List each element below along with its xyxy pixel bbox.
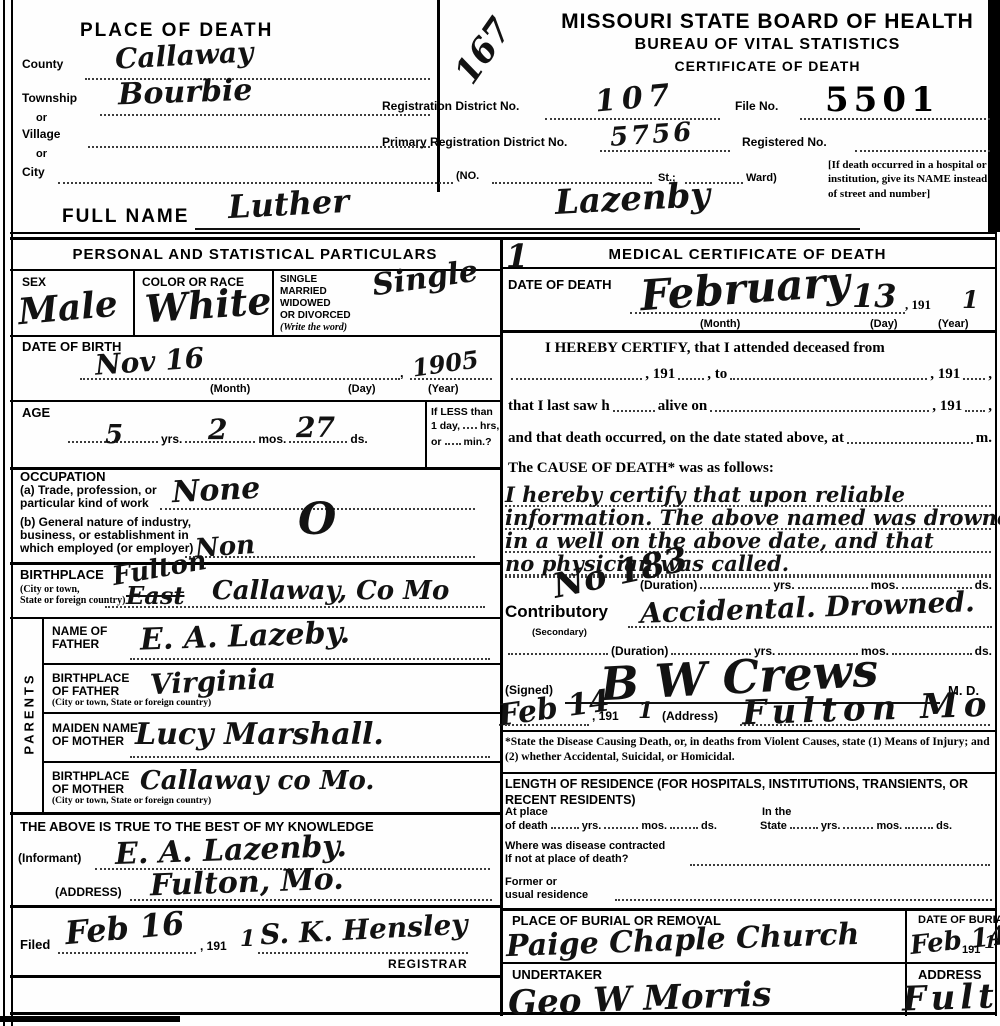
or-label-2: or: [36, 148, 47, 161]
dod-day-caption: (Day): [870, 318, 898, 331]
contributory-label: Contributory: [505, 602, 608, 622]
informant-address-value: Fulton, Mo.: [150, 865, 345, 902]
divider: [437, 0, 440, 192]
cause-ruled-line: I hereby certify that upon reliable: [505, 482, 991, 507]
age-months-value: 2: [208, 416, 227, 444]
parents-side-label: PARENTS: [22, 672, 37, 754]
reg-district-value: 107: [594, 81, 677, 118]
signed-year-printed: , 191: [592, 710, 619, 724]
org-bureau: BUREAU OF VITAL STATISTICS: [540, 36, 995, 54]
blank-191-b: , 191: [930, 366, 960, 383]
undertaker-address-value: Fulton: [901, 977, 1000, 1016]
mother-birthplace-value: Callaway co Mo.: [140, 768, 374, 794]
in-state-ds: ds.: [936, 820, 952, 832]
marital-note: (Write the word): [280, 322, 347, 334]
date-of-death-year-printed: , 191: [905, 298, 931, 313]
mother-name-label2: OF MOTHER: [52, 735, 124, 749]
filed-label: Filed: [20, 938, 50, 953]
duration-yrs-1: yrs.: [773, 578, 794, 592]
at-place-yrs: yrs.: [582, 820, 602, 832]
full-name-last: Lazenby: [554, 178, 711, 220]
divider: [42, 617, 44, 812]
date-of-death-label: DATE OF DEATH: [508, 278, 612, 293]
contracted-line: [690, 864, 990, 866]
duration-ds-2: ds.: [975, 644, 992, 658]
marital-label-line1: SINGLE: [280, 274, 317, 286]
duration-label-1: (Duration): [640, 578, 697, 592]
divider: [500, 772, 995, 774]
marital-value: Single: [370, 257, 479, 302]
birthplace-note1: (City or town,: [20, 584, 80, 596]
to-label: , to: [707, 366, 727, 383]
county-label: County: [22, 58, 63, 72]
in-state-label1: In the: [762, 806, 791, 819]
burial-year-hand: 1: [984, 934, 997, 952]
in-state-yrs: yrs.: [821, 820, 841, 832]
hospital-note: [If death occurred in a hospital or inst…: [828, 158, 988, 201]
dob-comma: ,: [400, 366, 404, 381]
filed-date-value: Feb 16: [64, 907, 186, 949]
divider: [133, 269, 135, 335]
city-label: City: [22, 166, 45, 180]
reg-district-label: Registration District No.: [382, 100, 519, 114]
dod-month-caption: (Month): [700, 318, 740, 331]
mother-name-value: Lucy Marshall.: [135, 720, 384, 750]
township-label: Township: [22, 92, 77, 106]
filed-date-line: [58, 952, 196, 954]
signed-address-value: Fulton Mo: [741, 688, 992, 731]
registered-no-line: [855, 150, 990, 152]
divider: [11, 0, 13, 1026]
cause-line3: in a well on the above date, and that: [505, 530, 991, 551]
registrar-signature: S. K. Hensley: [259, 911, 468, 950]
last-saw-pre: that I last saw h: [508, 398, 610, 415]
age-box-or: or: [431, 436, 442, 448]
comma-b: ,: [988, 398, 992, 415]
filed-year-hand: 1: [240, 928, 255, 950]
filed-year-printed: , 191: [200, 940, 227, 954]
divider: [10, 905, 500, 908]
age-label: AGE: [22, 406, 50, 421]
registrar-sig-line: [258, 952, 468, 954]
dob-value: Nov 16: [94, 344, 205, 380]
county-value: Callaway: [114, 38, 254, 73]
father-birthplace-value: Virginia: [149, 665, 276, 700]
informant-address-label: (ADDRESS): [55, 886, 122, 900]
contracted-label1: Where was disease contracted: [505, 840, 665, 853]
birthplace-label: BIRTHPLACE: [20, 568, 104, 583]
medical-section-title: MEDICAL CERTIFICATE OF DEATH: [500, 246, 995, 263]
divider: [10, 812, 500, 815]
in-state-label2: State: [760, 820, 787, 832]
death-certificate-document: PLACE OF DEATH County Callaway Township …: [0, 0, 1000, 1026]
divider: [10, 562, 500, 565]
reg-district-line: [545, 118, 720, 120]
divider: [42, 761, 500, 763]
corner-number: 167: [449, 12, 518, 90]
father-name-value: E. A. Lazeby.: [140, 618, 351, 655]
divider: [500, 330, 995, 333]
date-of-death-month: February: [639, 261, 851, 318]
contributory-value: Accidental. Drowned.: [640, 588, 976, 628]
in-state-mos: mos.: [876, 820, 902, 832]
former-line: [615, 899, 992, 901]
cause-heading: The CAUSE OF DEATH* was as follows:: [508, 460, 774, 477]
occupation-b-mark: O: [298, 498, 336, 542]
age-box-min: min.?: [464, 436, 492, 448]
township-value: Bourbie: [118, 76, 253, 111]
age-years-value: 5: [105, 422, 123, 448]
divider: [988, 0, 1000, 232]
death-occurred-text: and that death occurred, on the date sta…: [508, 430, 844, 447]
full-name-line: [195, 228, 860, 230]
village-line: [88, 146, 430, 148]
blank-191-a: , 191: [645, 366, 675, 383]
divider: [500, 962, 995, 964]
township-line: [100, 114, 430, 116]
cause-ruled-line: information. The above named was drowned: [505, 505, 991, 530]
divider: [425, 400, 427, 467]
divider: [995, 232, 997, 1016]
divider: [500, 908, 995, 911]
divider: [10, 335, 500, 337]
certify-line1: I HEREBY CERTIFY, that I attended deceas…: [545, 340, 885, 357]
divider: [10, 1012, 995, 1015]
marital-label-line3: WIDOWED: [280, 298, 331, 310]
cause-line1: I hereby certify that upon reliable: [505, 484, 991, 505]
city-line: [58, 182, 453, 184]
age-mos-label: mos.: [258, 432, 286, 446]
former-label1: Former or: [505, 876, 557, 889]
org-cert-title: CERTIFICATE OF DEATH: [540, 58, 995, 74]
occupation-a-line2: particular kind of work: [20, 497, 149, 511]
or-label-1: or: [36, 112, 47, 125]
father-birthplace-note: (City or town, State or foreign country): [52, 698, 211, 709]
age-box-line1: If LESS than: [431, 406, 493, 418]
cause-footnote: *State the Disease Causing Death, or, in…: [505, 735, 991, 765]
org-name: MISSOURI STATE BOARD OF HEALTH: [540, 10, 995, 34]
mother-name-line: [130, 756, 490, 758]
registered-no-label: Registered No.: [742, 136, 827, 150]
duration-ds-1: ds.: [975, 578, 992, 592]
sex-label: SEX: [22, 276, 46, 290]
blank-191-c: , 191: [932, 398, 962, 415]
cause-ruled-line: in a well on the above date, and that: [505, 528, 991, 553]
divider: [42, 712, 500, 714]
birthplace-struck-value: East: [126, 584, 184, 608]
last-saw-post: alive on: [658, 398, 708, 415]
mother-birthplace-note: (City or town, State or foreign country): [52, 796, 211, 807]
divider: [272, 269, 274, 335]
ward-label: Ward): [746, 172, 777, 185]
dob-year-value: 1905: [411, 347, 480, 380]
in-state-row: State yrs. mos. ds.: [760, 820, 992, 832]
full-name-label: FULL NAME: [62, 206, 189, 228]
burial-year-printed: 191: [962, 944, 980, 957]
age-ds-label: ds.: [350, 432, 367, 446]
street-no-label: (NO.: [456, 170, 479, 183]
cause-line2: information. The above named was drowned: [505, 507, 991, 528]
stray-mark: 1: [506, 240, 528, 272]
secondary-label: (Secondary): [532, 628, 587, 639]
dob-year-caption: (Year): [428, 383, 459, 396]
age-box-line3: or min.?: [431, 436, 495, 448]
divider: [500, 237, 503, 1016]
primary-reg-label: Primary Registration District No.: [382, 136, 567, 150]
at-place-label2: of death: [505, 820, 548, 832]
age-box-1day: 1 day,: [431, 420, 460, 432]
marital-label-line2: MARRIED: [280, 286, 327, 298]
age-box-hrs: hrs,: [480, 420, 499, 432]
date-of-death-year-hand: 1: [962, 288, 979, 312]
m-label: m.: [976, 430, 992, 447]
village-label: Village: [22, 128, 60, 142]
birthplace-note2: State or foreign country): [20, 595, 125, 607]
registrar-label: REGISTRAR: [388, 958, 468, 972]
age-yrs-label: yrs.: [161, 432, 182, 446]
residence-title: LENGTH OF RESIDENCE (FOR HOSPITALS, INST…: [505, 777, 991, 808]
divider: [3, 0, 5, 1026]
at-place-ds: ds.: [701, 820, 717, 832]
divider: [10, 232, 995, 234]
signed-year-hand: 1: [638, 700, 653, 722]
file-no-value: 5501: [825, 80, 940, 120]
color-race-value: White: [144, 282, 273, 329]
dod-year-caption: (Year): [938, 318, 969, 331]
comma-a: ,: [988, 366, 992, 383]
father-birthplace-label2: OF FATHER: [52, 685, 119, 699]
at-place-row: of death yrs. mos. ds.: [505, 820, 750, 832]
sex-value: Male: [17, 286, 120, 331]
signed-date-line: [505, 724, 589, 726]
informant-label: (Informant): [18, 852, 81, 866]
signed-address-label: (Address): [662, 710, 718, 724]
primary-reg-value: 5756: [609, 119, 695, 151]
age-box-line2: 1 day, hrs,: [431, 420, 495, 432]
divider: [10, 975, 500, 978]
occupation-a-value: None: [171, 474, 261, 509]
contracted-label2: If not at place of death?: [505, 853, 628, 866]
undertaker-value: Geo W Morris: [507, 977, 771, 1020]
at-place-mos: mos.: [641, 820, 667, 832]
certify-line4: and that death occurred, on the date sta…: [508, 430, 992, 447]
dob-day-caption: (Day): [348, 383, 376, 396]
mother-birthplace-label2: OF MOTHER: [52, 783, 124, 797]
birthplace-value: Callaway, Co Mo: [212, 578, 449, 604]
file-no-label: File No.: [735, 100, 778, 114]
certify-line2: , 191 , to , 191 ,: [508, 366, 992, 383]
marital-label-line4: OR DIVORCED: [280, 310, 351, 322]
dob-month-caption: (Month): [210, 383, 250, 396]
age-days-value: 27: [296, 414, 335, 442]
full-name-first: Luther: [227, 185, 350, 223]
date-of-death-day: 13: [852, 280, 897, 312]
at-place-label1: At place: [505, 806, 548, 819]
father-name-label2: FATHER: [52, 638, 99, 652]
former-label2: usual residence: [505, 889, 588, 902]
father-name-line: [130, 658, 490, 660]
divider: [0, 1016, 180, 1022]
certify-line3: that I last saw h alive on , 191 ,: [508, 398, 992, 415]
